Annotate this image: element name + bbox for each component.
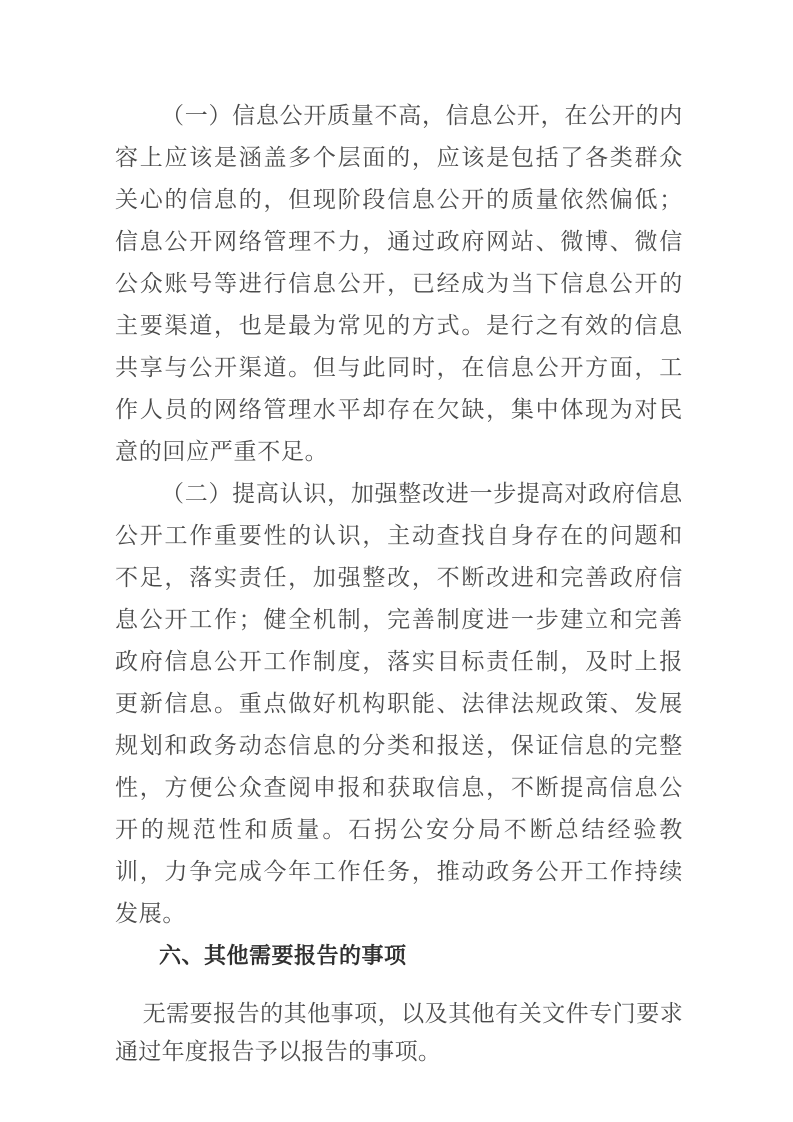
paragraph-improve-awareness: （二）提高认识，加强整改进一步提高对政府信息公开工作重要性的认识，主动查找自身存… xyxy=(115,473,683,935)
paragraph-info-quality: （一）信息公开质量不高，信息公开，在公开的内容上应该是涵盖多个层面的，应该是包括… xyxy=(115,95,683,473)
closing-paragraph: 无需要报告的其他事项，以及其他有关文件专门要求通过年度报告予以报告的事项。 xyxy=(115,995,683,1071)
section-heading-other-matters: 六、其他需要报告的事项 xyxy=(115,939,683,973)
document-page: （一）信息公开质量不高，信息公开，在公开的内容上应该是涵盖多个层面的，应该是包括… xyxy=(0,0,793,1122)
